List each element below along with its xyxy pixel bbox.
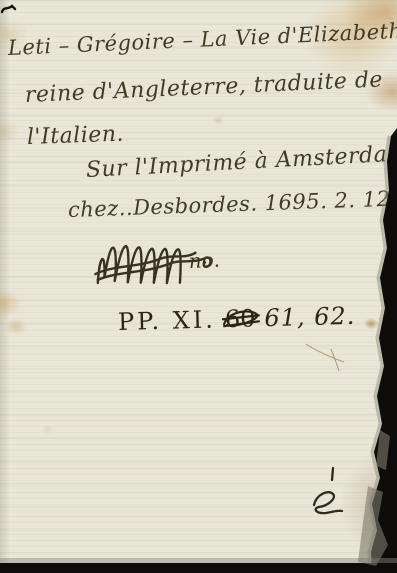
hairline-scratch	[306, 344, 344, 371]
bottom-scan-edge	[0, 563, 397, 573]
manuscript-scan: Leti – Grégoire – La Vie d'Elizabeth rei…	[0, 0, 397, 573]
scan-edges-overlay	[0, 0, 397, 573]
top-left-pen-mark	[2, 6, 15, 12]
bottom-edge-shadow	[0, 558, 397, 563]
